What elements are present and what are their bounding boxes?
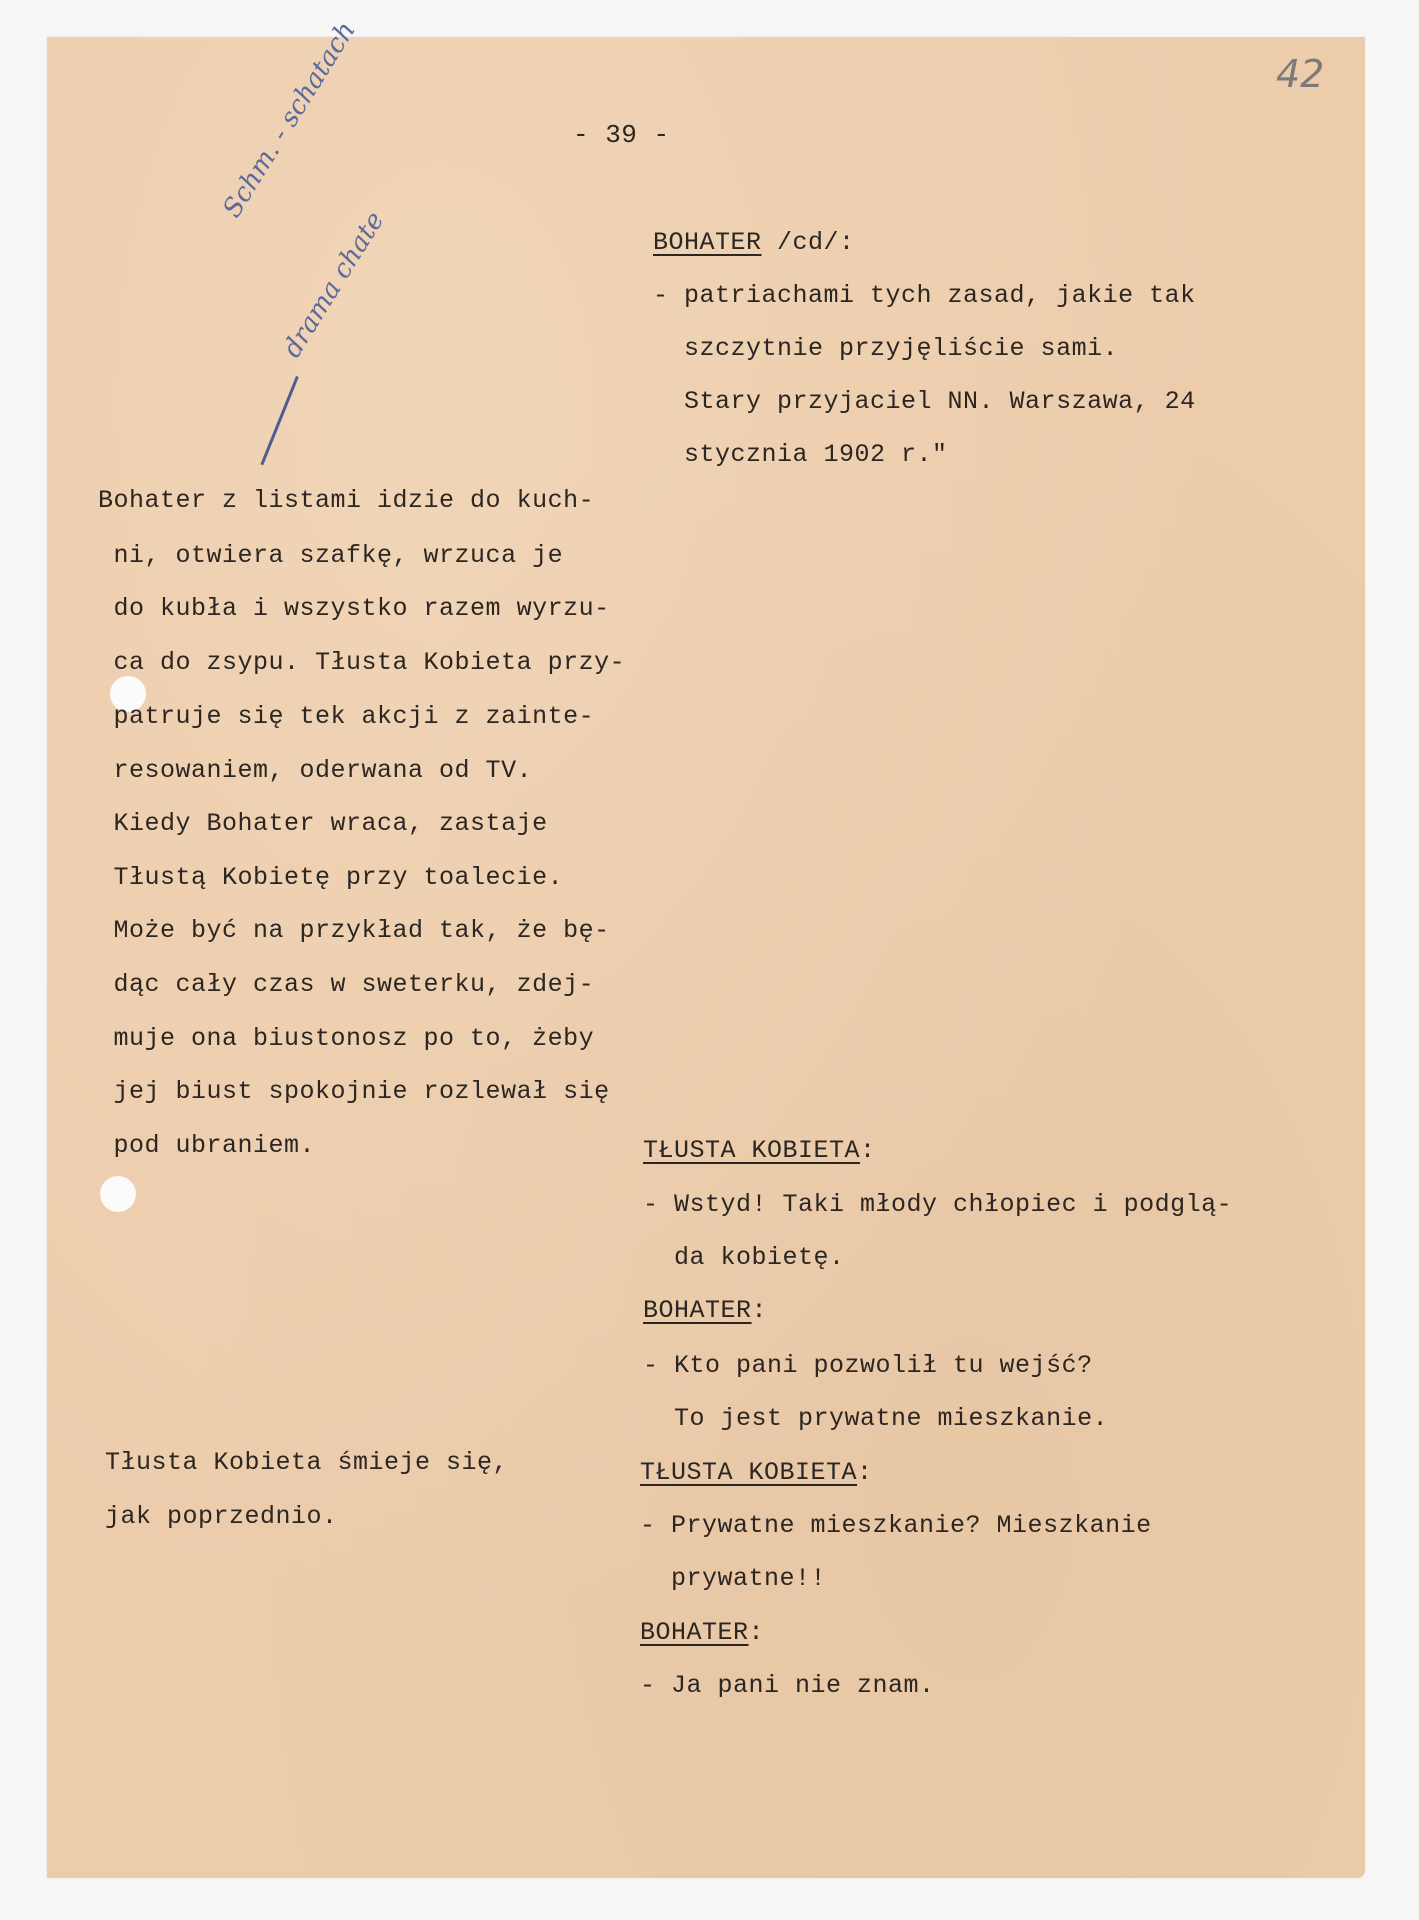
stage-line: patruje się tek akcji z zainte-: [98, 704, 594, 729]
stage-line: dąc cały czas w sweterku, zdej-: [98, 972, 594, 997]
stage-line: ca do zsypu. Tłusta Kobieta przy-: [98, 650, 625, 675]
dialogue-line: - Wstyd! Taki młody chłopiec i podglą-: [643, 1192, 1232, 1217]
stage-line: Może być na przykład tak, że bę-: [98, 918, 610, 943]
dialogue-line: - Prywatne mieszkanie? Mieszkanie: [640, 1513, 1152, 1538]
stage-line: muje ona biustonosz po to, żeby: [98, 1026, 594, 1051]
dialogue-line: - Ja pani nie znam.: [640, 1673, 935, 1698]
stage-line: resowaniem, oderwana od TV.: [98, 758, 532, 783]
dialogue-line: Stary przyjaciel NN. Warszawa, 24: [653, 389, 1196, 414]
punch-hole-bottom: [100, 1176, 136, 1212]
dialogue-line: stycznia 1902 r.": [653, 442, 948, 467]
speaker-label: TŁUSTA KOBIETA:: [640, 1460, 873, 1485]
document-page: [47, 37, 1365, 1878]
speaker-label: TŁUSTA KOBIETA:: [643, 1138, 876, 1163]
archive-number: 42: [1276, 52, 1324, 96]
speaker-label: BOHATER:: [640, 1620, 764, 1645]
dialogue-line: - patriachami tych zasad, jakie tak: [653, 283, 1196, 308]
dialogue-line: da kobietę.: [643, 1245, 845, 1270]
speaker-label: BOHATER:: [643, 1298, 767, 1323]
dialogue-line: prywatne!!: [640, 1566, 826, 1591]
stage-line: do kubła i wszystko razem wyrzu-: [98, 596, 610, 621]
stage-line: Bohater z listami idzie do kuch-: [98, 488, 594, 513]
stage-line: jej biust spokojnie rozlewał się: [98, 1079, 610, 1104]
stage-line: Kiedy Bohater wraca, zastaje: [98, 811, 548, 836]
dialogue-line: - Kto pani pozwolił tu wejść?: [643, 1353, 1093, 1378]
stage-line: jak poprzednio.: [105, 1504, 338, 1529]
stage-line: Tłustą Kobietę przy toalecie.: [98, 865, 563, 890]
dialogue-line: To jest prywatne mieszkanie.: [643, 1406, 1108, 1431]
stage-line: ni, otwiera szafkę, wrzuca je: [98, 543, 563, 568]
speaker-label: BOHATER /cd/:: [653, 230, 855, 255]
stage-line: Tłusta Kobieta śmieje się,: [105, 1450, 508, 1475]
page-number: - 39 -: [573, 122, 670, 148]
stage-line: pod ubraniem.: [98, 1133, 315, 1158]
dialogue-line: szczytnie przyjęliście sami.: [653, 336, 1118, 361]
